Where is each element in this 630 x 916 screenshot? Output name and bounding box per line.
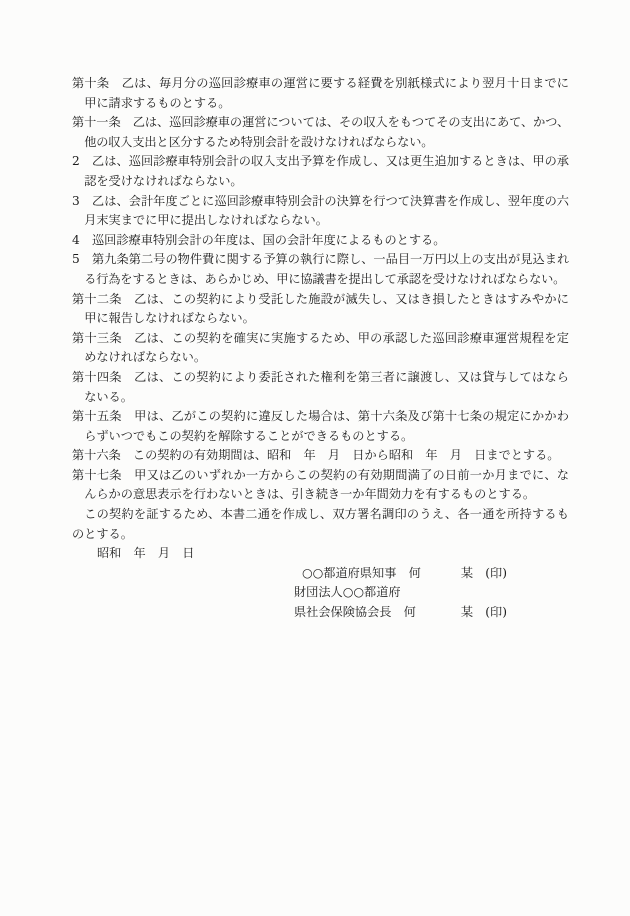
paragraph-article-12: 第十二条 乙は、この契約により受託した施設が滅失し、又はき損したときはすみやかに… [72, 290, 569, 329]
paragraph-article-14: 第十四条 乙は、この契約により委託された権利を第三者に譲渡し、又は貸与してはなら… [72, 368, 569, 407]
paragraph-article-16: 第十六条 この契約の有効期間は、昭和 年 月 日から昭和 年 月 日までとする。 [72, 446, 569, 466]
signature-row-chairman: 県社会保険協会長 何 某 (印) [294, 603, 507, 623]
date-line: 昭和 年 月 日 [97, 544, 569, 564]
signature-title-chairman: 県社会保険協会長 何 [294, 603, 416, 623]
signature-row-governor: ○○都道府県知事 何 某 (印) [294, 564, 507, 584]
paragraph-article-15: 第十五条 甲は、乙がこの契約に違反した場合は、第十六条及び第十七条の規定にかかわ… [72, 407, 569, 446]
paragraph-item-4: 4 巡回診療車特別会計の年度は、国の会計年度によるものとする。 [72, 231, 569, 251]
signature-block: ○○都道府県知事 何 某 (印) 財団法人○○都道府 県社会保険協会長 何 某 … [294, 564, 507, 623]
signature-row-foundation: 財団法人○○都道府 [294, 583, 507, 603]
paragraph-item-5: 5 第九条第二号の物件費に関する予算の執行に際し、一品目一万円以上の支出が見込ま… [72, 250, 569, 289]
paragraph-item-2: 2 乙は、巡回診療車特別会計の収入支出予算を作成し、又は更生追加するときは、甲の… [72, 152, 569, 191]
paragraph-article-17: 第十七条 甲又は乙のいずれか一方からこの契約の有効期間満了の日前一か月までに、な… [72, 466, 569, 505]
paragraph-item-3: 3 乙は、会計年度ごとに巡回診療車特別会計の決算を行つて決算書を作成し、翌年度の… [72, 192, 569, 231]
signature-title-foundation: 財団法人○○都道府 [294, 583, 401, 603]
closing-paragraph: この契約を証するため、本書二通を作成し、双方署名調印のうえ、各一通を所持するもの… [72, 505, 569, 544]
paragraph-article-11: 第十一条 乙は、巡回診療車の運営については、その収入をもつてその支出にあて、かつ… [72, 113, 569, 152]
signature-title-governor: ○○都道府県知事 何 [302, 564, 421, 584]
signature-seal-chairman: 某 (印) [461, 603, 507, 623]
signature-seal-governor: 某 (印) [461, 564, 507, 584]
contract-page: { "document": { "paragraphs": [ "第十条 乙は、… [0, 0, 630, 916]
paragraph-article-10: 第十条 乙は、毎月分の巡回診療車の運営に要する経費を別紙様式により翌月十日までに… [72, 74, 569, 113]
paragraph-article-13: 第十三条 乙は、この契約を確実に実施するため、甲の承認した巡回診療車運営規程を定… [72, 329, 569, 368]
contract-body: 第十条 乙は、毎月分の巡回診療車の運営に要する経費を別紙様式により翌月十日までに… [72, 74, 569, 623]
